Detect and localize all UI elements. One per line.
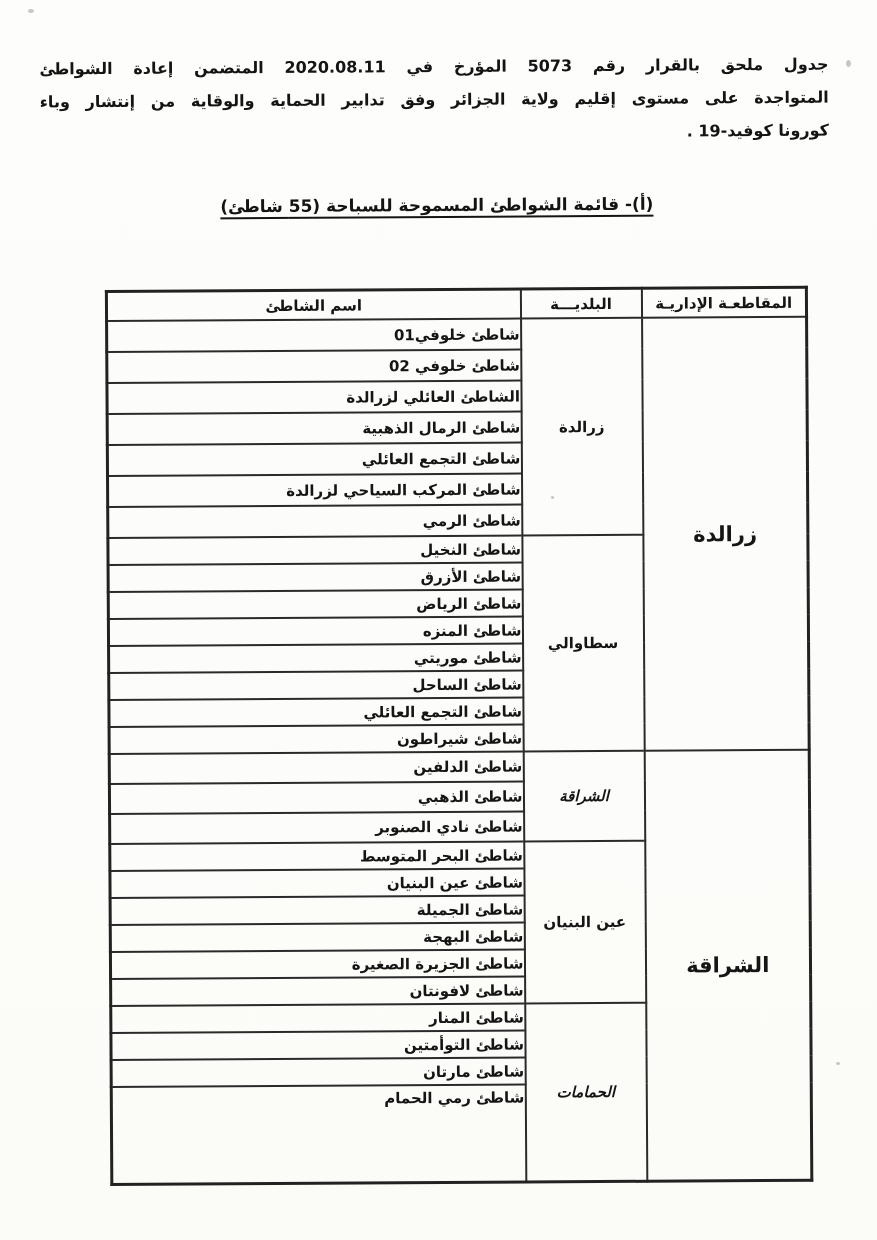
beach-cell: شاطئ الساحل [109, 670, 523, 700]
beaches-table-body: زرالدةزرالدةشاطئ خلوفي01شاطئ خلوفي 02الش… [107, 317, 812, 1184]
municipality-cell: سطاوالي [522, 535, 644, 752]
intro-line-2: المتواجدة على مستوى إقليم ولاية الجزائر … [40, 81, 829, 119]
beach-cell: شاطئ الرياض [108, 589, 522, 619]
intro-line-3: كورونا كوفيد-19 . [40, 114, 829, 152]
beach-cell: شاطئ الجميلة [110, 895, 524, 925]
district-cell: الشراقة [644, 750, 812, 1181]
beach-cell: شاطئ لافونتان [111, 976, 525, 1006]
beach-cell: شاطئ شيراطون [109, 724, 523, 754]
intro-line-1: جدول ملحق بالقرار رقم 5073 المؤرخ في 202… [39, 48, 828, 86]
beach-cell: شاطئ الرمي [108, 504, 522, 538]
beach-cell: شاطئ التجمع العائلي [107, 442, 521, 476]
beach-cell: شاطئ الجزيرة الصغيرة [110, 949, 524, 979]
beach-cell: شاطئ خلوفي 02 [107, 349, 521, 383]
col-header-district: المقاطعـة الإداريـة [641, 287, 806, 318]
beach-cell: شاطئ المنزه [108, 616, 522, 646]
beach-cell: شاطئ التجمع العائلي [109, 697, 523, 727]
beach-cell: شاطئ النخيل [108, 535, 522, 565]
beach-cell: شاطئ الأزرق [108, 562, 522, 592]
district-cell: زرالدة [642, 317, 810, 751]
beach-cell: شاطئ الذهبي [109, 781, 523, 814]
col-header-beach-name: اسم الشاطئ [106, 289, 520, 321]
beach-cell: شاطئ المركب السياحي لزرالدة [108, 473, 522, 507]
col-header-municipality: البلديـــة [520, 288, 641, 318]
beach-cell: شاطئ موريتي [109, 643, 523, 673]
table-row: الشراقةالشراقةشاطئ الدلفين [109, 750, 809, 784]
table-row: زرالدةزرالدةشاطئ خلوفي01 [107, 317, 807, 352]
beach-cell: شاطئ مارتان [111, 1057, 525, 1087]
municipality-cell: الحمامات [525, 1003, 647, 1182]
beach-cell: شاطئ رمي الحمام [111, 1084, 526, 1184]
beach-cell: شاطئ التوأمتين [111, 1030, 525, 1060]
document-content: جدول ملحق بالقرار رقم 5073 المؤرخ في 202… [0, 0, 877, 1186]
beach-cell: شاطئ الدلفين [109, 751, 523, 784]
beach-cell: الشاطئ العائلي لزرالدة [107, 380, 521, 414]
beach-cell: شاطئ نادي الصنوبر [110, 811, 524, 844]
municipality-cell: زرالدة [521, 318, 643, 536]
beach-cell: شاطئ البهجة [110, 922, 524, 952]
beach-cell: شاطئ البحر المتوسط [110, 841, 524, 871]
beach-cell: شاطئ خلوفي01 [107, 318, 521, 352]
municipality-cell: الشراقة [523, 751, 645, 842]
list-title: (أ)- قائمة الشواطئ المسموحة للسباحة (55 … [0, 193, 875, 218]
table-header-row: المقاطعـة الإداريـة البلديـــة اسم الشاط… [106, 287, 806, 321]
scanned-page: جدول ملحق بالقرار رقم 5073 المؤرخ في 202… [0, 0, 877, 1240]
beach-cell: شاطئ الرمال الذهبية [107, 411, 521, 445]
beach-cell: شاطئ المنار [111, 1003, 525, 1033]
beach-cell: شاطئ عين البنيان [110, 868, 524, 898]
municipality-cell: عين البنيان [524, 841, 646, 1004]
intro-paragraph: جدول ملحق بالقرار رقم 5073 المؤرخ في 202… [0, 0, 875, 152]
beaches-table: المقاطعـة الإداريـة البلديـــة اسم الشاط… [105, 286, 813, 1186]
